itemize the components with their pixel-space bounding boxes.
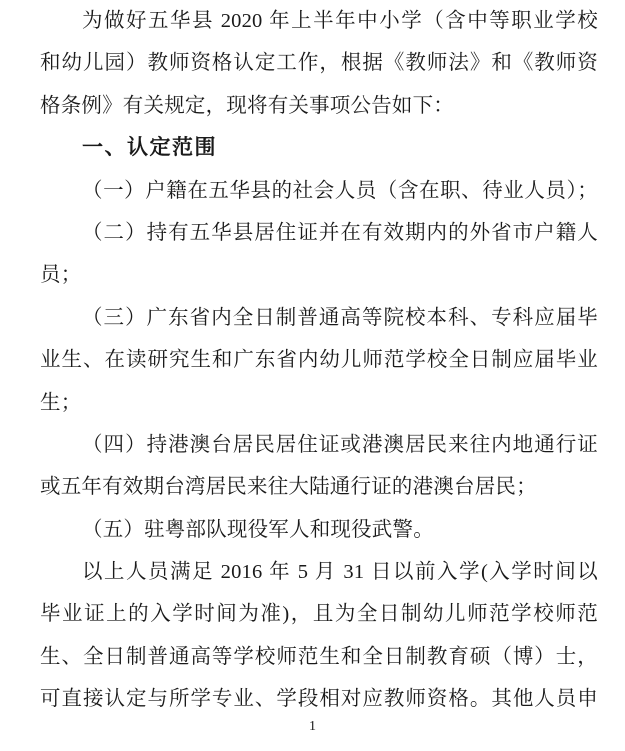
page-number: 1 (0, 717, 625, 737)
text-line-16: 生、全日制普通高等学校师范生和全日制教育硕（博）士， (40, 636, 598, 678)
document-page: 为做好五华县 2020 年上半年中小学（含中等职业学校和幼儿园）教师资格认定工作… (0, 0, 625, 751)
text-line-7: 员； (40, 254, 598, 296)
document-body: 为做好五华县 2020 年上半年中小学（含中等职业学校和幼儿园）教师资格认定工作… (40, 0, 598, 721)
text-line-6: （二）持有五华县居住证并在有效期内的外省市户籍人 (40, 212, 598, 254)
text-line-11: （四）持港澳台居民居住证或港澳居民来往内地通行证 (40, 424, 598, 466)
text-line-9: 业生、在读研究生和广东省内幼儿师范学校全日制应届毕业 (40, 339, 598, 381)
text-line-3: 格条例》有关规定，现将有关事项公告如下： (40, 85, 598, 127)
text-line-8: （三）广东省内全日制普通高等院校本科、专科应届毕 (40, 297, 598, 339)
section-heading: 一、认定范围 (40, 127, 598, 169)
text-line-5: （一）户籍在五华县的社会人员（含在职、待业人员）； (40, 170, 598, 212)
text-line-12: 或五年有效期台湾居民来往大陆通行证的港澳台居民； (40, 466, 598, 508)
text-line-15: 毕业证上的入学时间为准)，且为全日制幼儿师范学校师范 (40, 593, 598, 635)
text-line-10: 生； (40, 382, 598, 424)
text-line-17: 可直接认定与所学专业、学段相对应教师资格。其他人员申 (40, 678, 598, 720)
text-line-14: 以上人员满足 2016 年 5 月 31 日以前入学(入学时间以 (40, 551, 598, 593)
text-line-13: （五）驻粤部队现役军人和现役武警。 (40, 509, 598, 551)
text-line-1: 为做好五华县 2020 年上半年中小学（含中等职业学校 (40, 0, 598, 42)
text-line-2: 和幼儿园）教师资格认定工作，根据《教师法》和《教师资 (40, 42, 598, 84)
